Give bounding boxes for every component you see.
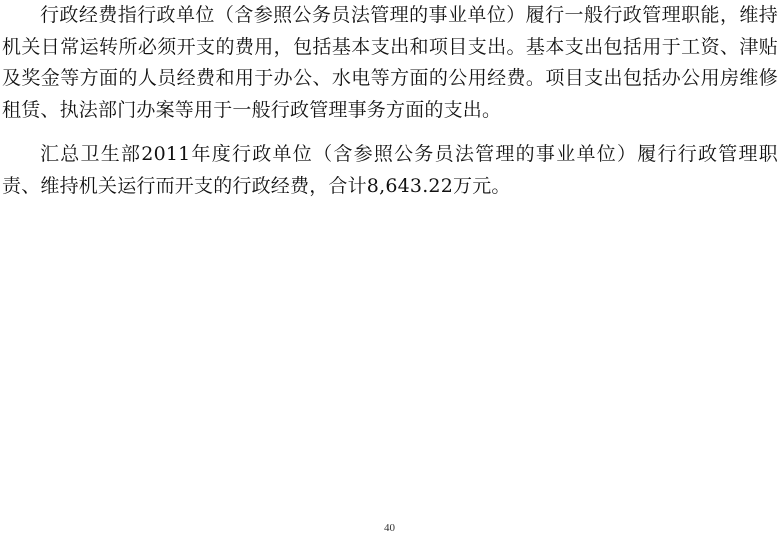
document-body: 行政经费指行政单位（含参照公务员法管理的事业单位）履行一般行政管理职能，维持机关… [2, 0, 778, 202]
paragraph-admin-expense-definition: 行政经费指行政单位（含参照公务员法管理的事业单位）履行一般行政管理职能，维持机关… [2, 0, 778, 126]
paragraph-admin-expense-total: 汇总卫生部2011年度行政单位（含参照公务员法管理的事业单位）履行行政管理职责、… [2, 139, 778, 202]
page-number: 40 [0, 522, 779, 534]
